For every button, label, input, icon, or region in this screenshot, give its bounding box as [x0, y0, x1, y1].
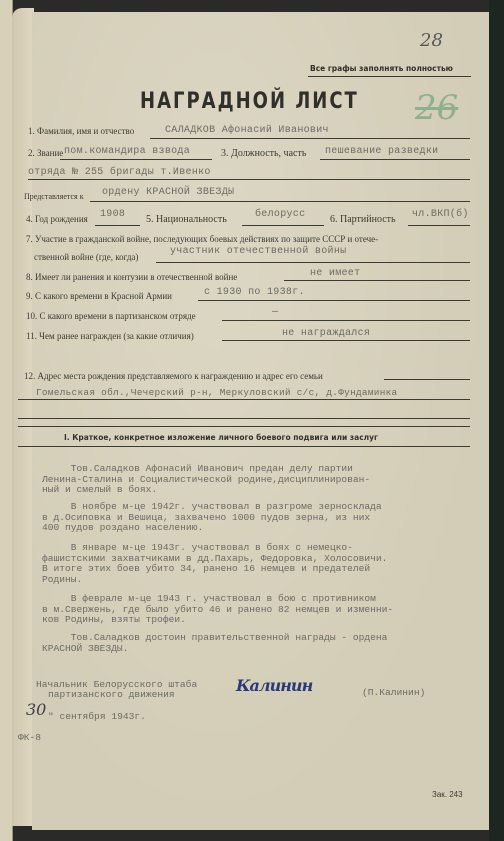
field-12-value: Гомельская обл.,Чечерский р-н, Меркуловс… — [36, 387, 397, 398]
fill-instruction: Все графы заполнять полностью — [310, 64, 453, 73]
field-line — [222, 320, 470, 321]
field-6-value: чл.ВКП(б) — [412, 209, 469, 220]
narrative-paragraph-4: В феврале м-це 1943 г. участвовал в бою … — [42, 594, 393, 626]
field-line — [60, 159, 212, 160]
field-11-label: 11. Чем ранее награжден (за какие отличи… — [26, 331, 194, 341]
narrative-paragraph-5: Тов.Саладков достоин правительственной н… — [42, 633, 387, 654]
field-line — [156, 262, 470, 263]
field-7-label: 7. Участие в гражданской войне, последую… — [26, 234, 378, 244]
field-line — [18, 418, 470, 419]
field-line — [90, 201, 470, 202]
field-8-value: не имеет — [310, 268, 360, 279]
section-underline — [18, 446, 470, 447]
field-10-value: — — [272, 307, 278, 318]
field-line — [18, 426, 470, 427]
signatory-title-line2: партизанского движения — [48, 690, 175, 701]
field-line — [198, 300, 470, 301]
field-line — [242, 225, 324, 226]
field-1-value: САЛАДКОВ Афонасий Иванович — [165, 125, 329, 136]
field-12-label: 12. Адрес места рождения представляемого… — [24, 371, 323, 381]
field-line — [28, 179, 470, 180]
signatory-name: (П.Калинин) — [362, 688, 425, 699]
narrative-paragraph-1: Тов.Саладков Афонасий Иванович предан де… — [42, 464, 370, 496]
nominated-for-value: ордену КРАСНОЙ ЗВЕЗДЫ — [102, 187, 234, 198]
field-8-label: 8. Имеет ли ранения и контузии в отечест… — [26, 272, 237, 282]
field-4-value: 1908 — [100, 209, 125, 220]
field-1-label: 1. Фамилия, имя и отчество — [28, 126, 134, 136]
field-line — [320, 159, 470, 160]
field-11-value: не награждался — [282, 328, 370, 339]
field-3-value: пешевание разведки — [325, 146, 438, 157]
field-line — [18, 399, 470, 400]
field-7-label-line2: ственной войне (где, когда) — [34, 252, 138, 262]
field-7-value: участник отечественной войны — [170, 246, 346, 257]
narrative-paragraph-3: В январе м-це 1943г. участвовал в боях с… — [42, 543, 387, 585]
narrative-paragraph-2: В ноябре м-це 1942г. участвовал в разгро… — [42, 502, 382, 534]
field-line — [408, 225, 470, 226]
signature: Калинин — [236, 676, 312, 695]
nominated-for-label: Представляется к — [24, 192, 84, 201]
field-3-value-continued: отряда № 255 бригады т.Ивенко — [28, 167, 211, 178]
document-title: НАГРАДНОЙ ЛИСТ — [140, 88, 359, 114]
section-heading: I. Краткое, конкретное изложение личного… — [64, 433, 378, 442]
signature-date: " сентября 1943г. — [48, 712, 146, 723]
order-number: Зак. 243 — [432, 790, 463, 799]
field-9-label: 9. С какого времени в Красной Армии — [26, 291, 172, 301]
field-2-value: пом.командира взвода — [64, 146, 190, 157]
field-2-label: 2. Звание — [28, 148, 63, 158]
field-10-label: 10. С какого времени в партизанском отря… — [26, 311, 196, 321]
field-5-label: 5. Национальность — [146, 214, 227, 225]
scan-border — [489, 0, 504, 841]
field-4-label: 4. Год рождения — [26, 214, 88, 224]
crossed-page-number: 26 — [415, 88, 458, 128]
field-5-value: белорусс — [255, 209, 305, 220]
handwritten-day: 30 — [26, 700, 46, 719]
pencil-page-number: 28 — [420, 30, 443, 51]
field-3-label: 3. Должность, часть — [221, 148, 306, 159]
form-code: ФК-8 — [18, 733, 41, 744]
field-line — [150, 138, 470, 139]
field-line — [95, 225, 140, 226]
field-line — [284, 280, 470, 281]
field-line — [222, 340, 470, 341]
field-line — [384, 379, 470, 380]
instruction-underline — [308, 76, 471, 77]
field-6-label: 6. Партийность — [330, 214, 396, 225]
field-9-value: с 1930 по 1938г. — [204, 287, 305, 298]
